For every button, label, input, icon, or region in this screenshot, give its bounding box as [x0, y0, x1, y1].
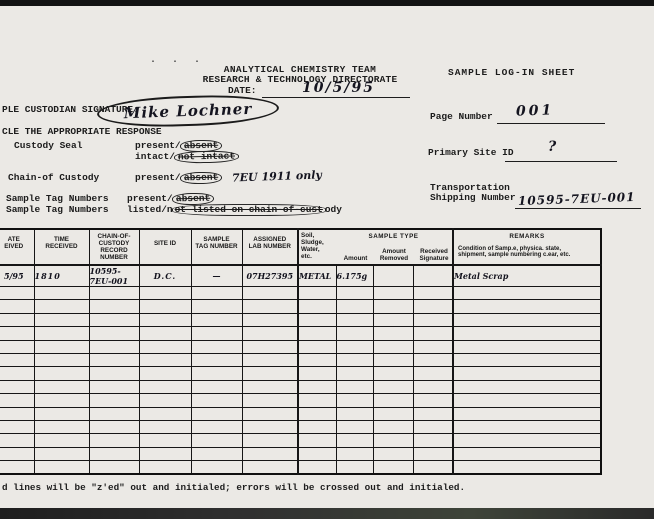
- cell-lab: [242, 461, 298, 475]
- cell-remarks: [453, 327, 601, 340]
- remarks-title: REMARKS: [454, 233, 600, 240]
- cell-amount-removed: [373, 340, 413, 353]
- sample-log-table: ATE EIVED TIME RECEIVED CHAIN-OF- CUSTOD…: [0, 228, 602, 475]
- cell-amount: [336, 367, 373, 380]
- empty-log-row: [0, 353, 601, 366]
- cell-amount: [336, 300, 373, 313]
- cell-soil: [298, 394, 336, 407]
- primary-site-id-label: Primary Site ID: [428, 147, 514, 158]
- cell-coc: [89, 353, 139, 366]
- cell-amount-removed: [373, 447, 413, 460]
- cell-remarks: [453, 340, 601, 353]
- cell-amount: [336, 340, 373, 353]
- shipping-number-blank-line: [515, 208, 641, 209]
- shipping-number-label: Shipping Number: [430, 192, 516, 203]
- cell-site: [139, 340, 191, 353]
- cell-date: [0, 434, 34, 447]
- col-header-time-received: TIME RECEIVED: [34, 229, 89, 265]
- cell-remarks: [453, 353, 601, 366]
- custody-seal-label: Custody Seal: [14, 140, 82, 151]
- cell-soil: [298, 367, 336, 380]
- cell-date: [0, 447, 34, 460]
- cell-remarks: [453, 434, 601, 447]
- cell-site: [139, 461, 191, 475]
- cell-tag: [191, 380, 242, 393]
- cell-received-signature: [413, 265, 453, 287]
- cell-time: [34, 461, 89, 475]
- cell-received-signature: [413, 353, 453, 366]
- cell-coc: [89, 287, 139, 300]
- empty-log-row: [0, 367, 601, 380]
- sample-tag-numbers-label-1: Sample Tag Numbers: [6, 193, 109, 204]
- custody-seal-not-intact-circled: not intact: [174, 150, 239, 164]
- cell-date: [0, 327, 34, 340]
- cell-coc: [89, 300, 139, 313]
- cell-amount-removed: [373, 327, 413, 340]
- empty-log-row: [0, 380, 601, 393]
- cell-date: [0, 287, 34, 300]
- cell-amount: 6.175g: [336, 265, 373, 287]
- primary-site-id-value: ?: [548, 139, 556, 155]
- remarks-note: Condition of Samp.e, physica. state, shi…: [454, 246, 600, 258]
- custody-seal-intact-text: intact/: [135, 151, 175, 162]
- cell-tag: [191, 353, 242, 366]
- empty-log-row: [0, 327, 601, 340]
- cell-site: [139, 380, 191, 393]
- cell-coc: [89, 461, 139, 475]
- cell-remarks: Metal Scrap: [453, 265, 601, 287]
- chain-of-custody-handwritten-note: 7EU 1911 only: [232, 168, 322, 184]
- cell-site: [139, 394, 191, 407]
- scanner-top-edge: [0, 0, 654, 6]
- cell-time: [34, 447, 89, 460]
- chain-of-custody-absent-circled: absent: [180, 172, 222, 185]
- cell-time: [34, 394, 89, 407]
- cell-tag: [191, 340, 242, 353]
- sample-tag-listed-suffix: ody: [325, 204, 342, 215]
- cell-soil: [298, 287, 336, 300]
- empty-log-row: [0, 407, 601, 420]
- col-header-sample-type-group: Soil, Sludge, Water, etc. SAMPLE TYPE Am…: [298, 229, 453, 265]
- cell-date: [0, 407, 34, 420]
- sample-tag-numbers-label-2: Sample Tag Numbers: [6, 204, 109, 215]
- cell-site: [139, 287, 191, 300]
- cell-lab: [242, 434, 298, 447]
- cell-remarks: [453, 461, 601, 475]
- cell-remarks: [453, 367, 601, 380]
- cell-soil: [298, 447, 336, 460]
- empty-log-row: [0, 340, 601, 353]
- cell-date: [0, 461, 34, 475]
- cell-date: [0, 353, 34, 366]
- cell-amount-removed: [373, 313, 413, 326]
- cell-soil: [298, 327, 336, 340]
- cell-amount: [336, 434, 373, 447]
- cell-coc: [89, 327, 139, 340]
- cell-time: [34, 340, 89, 353]
- cell-time: [34, 420, 89, 433]
- page-number-value: 001: [516, 102, 555, 119]
- cell-remarks: [453, 420, 601, 433]
- cell-soil: [298, 380, 336, 393]
- cell-received-signature: [413, 380, 453, 393]
- cell-tag: [191, 447, 242, 460]
- cell-received-signature: [413, 394, 453, 407]
- cell-coc: [89, 380, 139, 393]
- log-table-body: 5/95181010595-7EU-001D.C.—07H27395METAL6…: [0, 265, 601, 474]
- cell-remarks: [453, 313, 601, 326]
- col-header-sample-tag-number: SAMPLE TAG NUMBER: [191, 229, 242, 265]
- cell-time: [34, 353, 89, 366]
- cell-date: 5/95: [0, 265, 34, 287]
- cell-date: [0, 313, 34, 326]
- cell-time: [34, 367, 89, 380]
- cell-time: [34, 434, 89, 447]
- date-label: DATE:: [228, 85, 257, 96]
- cell-site: D.C.: [139, 265, 191, 287]
- cell-soil: [298, 353, 336, 366]
- sample-tag-listed-text: listed/n: [127, 204, 173, 215]
- cell-tag: —: [191, 265, 242, 287]
- cell-remarks: [453, 394, 601, 407]
- cell-lab: [242, 327, 298, 340]
- cell-received-signature: [413, 300, 453, 313]
- cell-received-signature: [413, 340, 453, 353]
- cell-coc: [89, 447, 139, 460]
- primary-site-id-blank-line: [505, 161, 617, 162]
- col-header-coc-record-number: CHAIN-OF- CUSTODY RECORD NUMBER: [89, 229, 139, 265]
- cell-amount: [336, 287, 373, 300]
- col-header-site-id: SITE ID: [139, 229, 191, 265]
- sample-tag-numbers-response-2: listed/not listed on chain-of-custody: [127, 204, 342, 215]
- cell-received-signature: [413, 461, 453, 475]
- cell-received-signature: [413, 434, 453, 447]
- cell-time: [34, 287, 89, 300]
- cell-tag: [191, 434, 242, 447]
- cell-site: [139, 353, 191, 366]
- cell-amount-removed: [373, 461, 413, 475]
- page-number-label: Page Number: [430, 111, 493, 122]
- cell-tag: [191, 461, 242, 475]
- cell-amount: [336, 420, 373, 433]
- empty-log-row: [0, 300, 601, 313]
- empty-log-row: [0, 447, 601, 460]
- instruction-line: CLE THE APPROPRIATE RESPONSE: [2, 126, 162, 137]
- cell-amount-removed: [373, 434, 413, 447]
- log-entry-row: 5/95181010595-7EU-001D.C.—07H27395METAL6…: [0, 265, 601, 287]
- custodian-signature-value: Mike Lochner: [124, 100, 253, 122]
- cell-coc: [89, 434, 139, 447]
- cell-amount: [336, 447, 373, 460]
- cell-time: 1810: [34, 265, 89, 287]
- sample-tag-present-text: present/: [127, 193, 173, 204]
- cell-tag: [191, 394, 242, 407]
- cell-remarks: [453, 287, 601, 300]
- cell-remarks: [453, 380, 601, 393]
- cell-amount-removed: [373, 265, 413, 287]
- cell-site: [139, 447, 191, 460]
- cell-date: [0, 394, 34, 407]
- cell-remarks: [453, 300, 601, 313]
- cell-time: [34, 313, 89, 326]
- custody-seal-present-text: present/: [135, 140, 181, 151]
- col-header-amount-removed: Amount Removed: [374, 248, 414, 262]
- cell-amount: [336, 353, 373, 366]
- cell-received-signature: [413, 287, 453, 300]
- cell-amount: [336, 327, 373, 340]
- cell-site: [139, 367, 191, 380]
- cell-amount-removed: [373, 287, 413, 300]
- custody-seal-response-1: present/absent: [135, 140, 221, 151]
- empty-log-row: [0, 287, 601, 300]
- empty-log-row: [0, 394, 601, 407]
- cell-lab: 07H27395: [242, 265, 298, 287]
- cell-amount-removed: [373, 407, 413, 420]
- cell-amount: [336, 394, 373, 407]
- cell-lab: [242, 353, 298, 366]
- cell-received-signature: [413, 447, 453, 460]
- cell-amount-removed: [373, 380, 413, 393]
- col-header-amount: Amount: [339, 255, 372, 262]
- cell-received-signature: [413, 420, 453, 433]
- cell-site: [139, 420, 191, 433]
- cell-amount: [336, 461, 373, 475]
- cell-lab: [242, 300, 298, 313]
- cell-lab: [242, 380, 298, 393]
- cell-coc: [89, 420, 139, 433]
- cell-received-signature: [413, 407, 453, 420]
- cell-amount-removed: [373, 394, 413, 407]
- custodian-signature-oval: Mike Lochner: [97, 93, 280, 129]
- cell-tag: [191, 287, 242, 300]
- cell-site: [139, 434, 191, 447]
- cell-lab: [242, 367, 298, 380]
- cell-amount-removed: [373, 300, 413, 313]
- cell-received-signature: [413, 327, 453, 340]
- cell-coc: [89, 407, 139, 420]
- cell-received-signature: [413, 367, 453, 380]
- cell-time: [34, 380, 89, 393]
- cell-amount-removed: [373, 367, 413, 380]
- cell-date: [0, 380, 34, 393]
- sample-tag-numbers-response-1: present/absent: [127, 193, 213, 204]
- cell-soil: [298, 461, 336, 475]
- cell-site: [139, 313, 191, 326]
- chain-of-custody-label: Chain-of Custody: [8, 172, 99, 183]
- cell-soil: METAL: [298, 265, 336, 287]
- col-header-assigned-lab-number: ASSIGNED LAB NUMBER: [242, 229, 298, 265]
- cell-soil: [298, 313, 336, 326]
- log-table-header-row: ATE EIVED TIME RECEIVED CHAIN-OF- CUSTOD…: [0, 229, 601, 265]
- empty-log-row: [0, 461, 601, 475]
- cell-soil: [298, 340, 336, 353]
- cell-soil: [298, 434, 336, 447]
- cell-date: [0, 367, 34, 380]
- custody-seal-response-2: intact/not intact: [135, 151, 238, 162]
- col-header-received-signature: Received Signature: [414, 248, 453, 262]
- cell-tag: [191, 300, 242, 313]
- cell-date: [0, 340, 34, 353]
- cell-time: [34, 407, 89, 420]
- cell-site: [139, 300, 191, 313]
- cell-lab: [242, 340, 298, 353]
- cell-lab: [242, 394, 298, 407]
- empty-log-row: [0, 313, 601, 326]
- cell-date: [0, 300, 34, 313]
- footer-instruction-note: d lines will be "z'ed" out and initialed…: [2, 482, 562, 493]
- cell-time: [34, 300, 89, 313]
- cell-amount: [336, 407, 373, 420]
- cell-soil: [298, 407, 336, 420]
- sheet-title: SAMPLE LOG-IN SHEET: [448, 67, 575, 78]
- cell-amount: [336, 380, 373, 393]
- empty-log-row: [0, 434, 601, 447]
- cell-coc: [89, 313, 139, 326]
- cell-lab: [242, 287, 298, 300]
- cell-amount-removed: [373, 420, 413, 433]
- col-header-soil-sludge-water: Soil, Sludge, Water, etc.: [301, 232, 335, 260]
- cell-remarks: [453, 447, 601, 460]
- sample-type-group-label: SAMPLE TYPE: [337, 233, 450, 240]
- cell-soil: [298, 420, 336, 433]
- cell-amount: [336, 313, 373, 326]
- cell-site: [139, 327, 191, 340]
- cell-time: [34, 327, 89, 340]
- col-header-remarks: REMARKS Condition of Samp.e, physica. st…: [453, 229, 601, 265]
- sample-tag-not-listed-struck: ot listed on chain-of-cust: [172, 204, 326, 216]
- cell-soil: [298, 300, 336, 313]
- shipping-number-value: 10595-7EU-001: [518, 190, 636, 208]
- org-title-line2: RESEARCH & TECHNOLOGY DIRECTORATE: [160, 74, 440, 85]
- cell-coc: [89, 367, 139, 380]
- cell-coc: 10595-7EU-001: [89, 265, 139, 287]
- cell-lab: [242, 313, 298, 326]
- cell-coc: [89, 394, 139, 407]
- cell-remarks: [453, 407, 601, 420]
- col-header-date-received: ATE EIVED: [0, 229, 34, 265]
- cell-tag: [191, 407, 242, 420]
- page-number-blank-line: [497, 123, 605, 124]
- cell-date: [0, 420, 34, 433]
- date-handwritten-value: 10/5/95: [302, 80, 375, 96]
- cell-lab: [242, 447, 298, 460]
- cell-tag: [191, 327, 242, 340]
- cell-amount-removed: [373, 353, 413, 366]
- cell-tag: [191, 420, 242, 433]
- date-blank-line: [262, 97, 410, 98]
- chain-of-custody-response: present/absent: [135, 172, 221, 183]
- cell-lab: [242, 407, 298, 420]
- scanner-bottom-edge: [0, 508, 654, 519]
- empty-log-row: [0, 420, 601, 433]
- cell-tag: [191, 313, 242, 326]
- cell-coc: [89, 340, 139, 353]
- cell-received-signature: [413, 313, 453, 326]
- cell-tag: [191, 367, 242, 380]
- cell-lab: [242, 420, 298, 433]
- chain-of-custody-present-text: present/: [135, 172, 181, 183]
- cell-site: [139, 407, 191, 420]
